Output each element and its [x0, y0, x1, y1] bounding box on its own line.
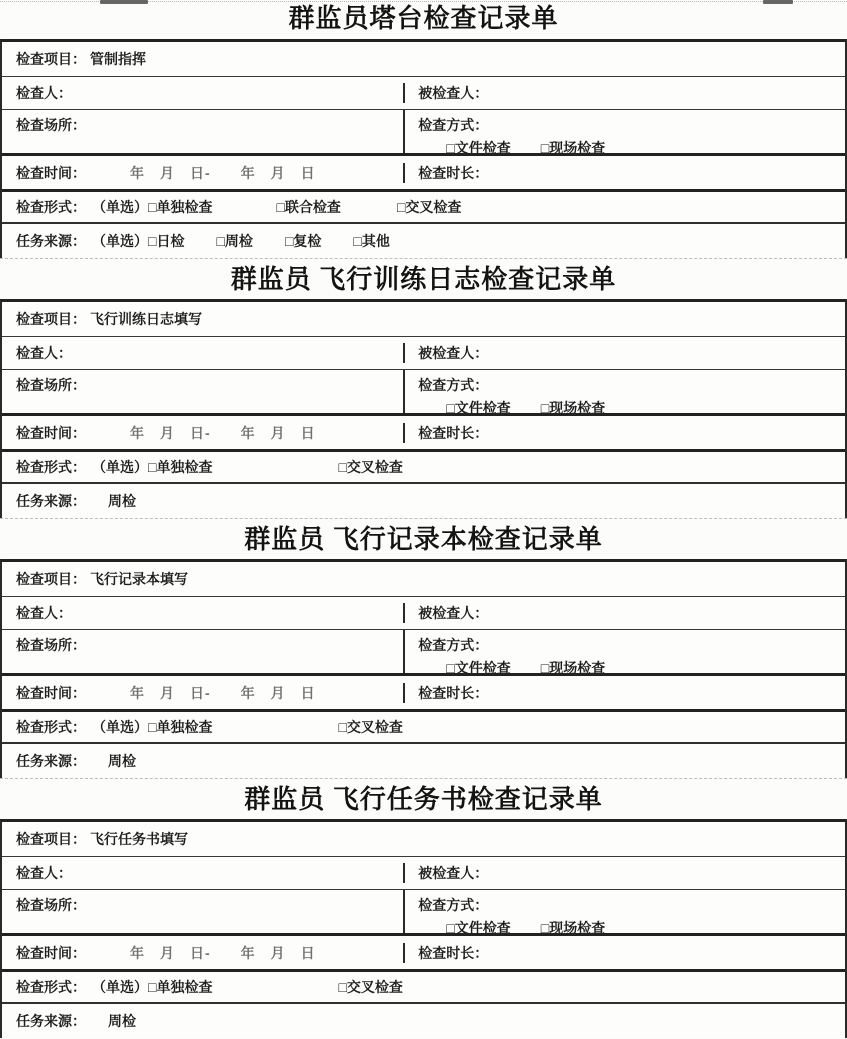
duration-label: 检查时长： [418, 683, 488, 703]
inspection-item-label: 检查项目： [16, 49, 86, 69]
method-label: 检查方式： [418, 635, 488, 655]
inspection-item-value: 飞行记录本填写 [90, 569, 188, 589]
row-time-duration: 检查时间：年 月 日- 年 月 日 检查时长： [2, 153, 845, 189]
form-title: 群监员 飞行训练日志检查记录单 [0, 259, 847, 299]
date-range-placeholder: 年 月 日- 年 月 日 [130, 163, 316, 183]
inspected-person-label: 被检查人： [418, 343, 488, 363]
inspection-item-value: 飞行训练日志填写 [90, 309, 202, 329]
task-source-value: 周检 [108, 491, 136, 511]
checkbox-cross-inspection[interactable]: □交叉检查 [338, 717, 402, 737]
row-inspection-item: 检查项目：飞行任务书填写 [2, 822, 845, 856]
time-label: 检查时间： [16, 943, 86, 963]
time-label: 检查时间： [16, 163, 86, 183]
form-table: 检查项目：飞行任务书填写 检查人： 被检查人： 检查场所： 检查方式： □文件检… [0, 819, 847, 1038]
form-section-training-log: 群监员 飞行训练日志检查记录单 检查项目：飞行训练日志填写 检查人： 被检查人：… [0, 258, 847, 518]
form-table: 检查项目：飞行训练日志填写 检查人： 被检查人： 检查场所： 检查方式： □文件… [0, 299, 847, 518]
checkbox-individual-inspection[interactable]: （单选）□单独检查 [92, 717, 212, 737]
row-place-method: 检查场所： 检查方式： □文件检查□现场检查 [2, 629, 845, 673]
place-label: 检查场所： [16, 895, 86, 915]
method-label: 检查方式： [418, 375, 488, 395]
inspector-label: 检查人： [16, 863, 72, 883]
inspection-item-label: 检查项目： [16, 569, 86, 589]
row-task-source: 任务来源： 周检 [2, 742, 845, 778]
row-inspection-form: 检查形式： （单选）□单独检查 □交叉检查 [2, 449, 845, 482]
row-time-duration: 检查时间：年 月 日- 年 月 日 检查时长： [2, 413, 845, 449]
form-title: 群监员 飞行记录本检查记录单 [0, 519, 847, 559]
row-time-duration: 检查时间：年 月 日- 年 月 日 检查时长： [2, 673, 845, 709]
place-label: 检查场所： [16, 115, 86, 135]
row-inspector: 检查人： 被检查人： [2, 76, 845, 109]
checkbox-cross-inspection[interactable]: □交叉检查 [397, 197, 461, 217]
row-place-method: 检查场所： 检查方式： □文件检查□现场检查 [2, 109, 845, 153]
place-label: 检查场所： [16, 635, 86, 655]
date-range-placeholder: 年 月 日- 年 月 日 [130, 683, 316, 703]
checkbox-individual-inspection[interactable]: （单选）□单独检查 [92, 977, 212, 997]
row-time-duration: 检查时间：年 月 日- 年 月 日 检查时长： [2, 933, 845, 969]
task-source-label: 任务来源： [16, 231, 86, 251]
task-source-value: 周检 [108, 1011, 136, 1031]
form-type-label: 检查形式： [16, 717, 86, 737]
inspection-item-label: 检查项目： [16, 309, 86, 329]
form-title: 群监员 飞行任务书检查记录单 [0, 779, 847, 819]
checkbox-daily-check[interactable]: （单选）□日检 [92, 231, 184, 251]
method-label: 检查方式： [418, 115, 488, 135]
date-range-placeholder: 年 月 日- 年 月 日 [130, 423, 316, 443]
time-label: 检查时间： [16, 423, 86, 443]
form-section-record-book: 群监员 飞行记录本检查记录单 检查项目：飞行记录本填写 检查人： 被检查人： 检… [0, 518, 847, 778]
form-type-label: 检查形式： [16, 457, 86, 477]
method-label: 检查方式： [418, 895, 488, 915]
row-inspection-item: 检查项目：飞行记录本填写 [2, 562, 845, 596]
row-task-source: 任务来源： 周检 [2, 1002, 845, 1038]
row-task-source: 任务来源： （单选）□日检 □周检 □复检 □其他 [2, 222, 845, 258]
task-source-label: 任务来源： [16, 491, 86, 511]
inspector-label: 检查人： [16, 603, 72, 623]
row-inspection-form: 检查形式： （单选）□单独检查 □交叉检查 [2, 969, 845, 1002]
checkbox-joint-inspection[interactable]: □联合检查 [276, 197, 340, 217]
row-inspection-form: 检查形式： （单选）□单独检查 □联合检查 □交叉检查 [2, 189, 845, 222]
task-source-label: 任务来源： [16, 751, 86, 771]
checkbox-weekly-check[interactable]: □周检 [216, 231, 252, 251]
inspector-label: 检查人： [16, 343, 72, 363]
checkbox-cross-inspection[interactable]: □交叉检查 [338, 457, 402, 477]
time-label: 检查时间： [16, 683, 86, 703]
row-inspection-form: 检查形式： （单选）□单独检查 □交叉检查 [2, 709, 845, 742]
inspection-item-value: 飞行任务书填写 [90, 829, 188, 849]
form-table: 检查项目：飞行记录本填写 检查人： 被检查人： 检查场所： 检查方式： □文件检… [0, 559, 847, 778]
scanned-document-page: 群监员塔台检查记录单 检查项目：管制指挥 检查人： 被检查人： 检查场所： 检查… [0, 0, 847, 1039]
task-source-label: 任务来源： [16, 1011, 86, 1031]
place-label: 检查场所： [16, 375, 86, 395]
inspection-item-label: 检查项目： [16, 829, 86, 849]
scan-artifact-mark [100, 0, 148, 4]
row-place-method: 检查场所： 检查方式： □文件检查□现场检查 [2, 369, 845, 413]
inspected-person-label: 被检查人： [418, 603, 488, 623]
checkbox-cross-inspection[interactable]: □交叉检查 [338, 977, 402, 997]
row-task-source: 任务来源： 周检 [2, 482, 845, 518]
inspector-label: 检查人： [16, 83, 72, 103]
date-range-placeholder: 年 月 日- 年 月 日 [130, 943, 316, 963]
row-inspector: 检查人： 被检查人： [2, 336, 845, 369]
checkbox-other-check[interactable]: □其他 [353, 231, 389, 251]
duration-label: 检查时长： [418, 943, 488, 963]
inspected-person-label: 被检查人： [418, 863, 488, 883]
row-place-method: 检查场所： 检查方式： □文件检查□现场检查 [2, 889, 845, 933]
row-inspection-item: 检查项目：管制指挥 [2, 42, 845, 76]
row-inspector: 检查人： 被检查人： [2, 856, 845, 889]
inspection-item-value: 管制指挥 [90, 49, 146, 69]
checkbox-recheck[interactable]: □复检 [285, 231, 321, 251]
checkbox-individual-inspection[interactable]: （单选）□单独检查 [92, 457, 212, 477]
row-inspection-item: 检查项目：飞行训练日志填写 [2, 302, 845, 336]
form-table: 检查项目：管制指挥 检查人： 被检查人： 检查场所： 检查方式： □文件检查□现… [0, 39, 847, 258]
form-type-label: 检查形式： [16, 977, 86, 997]
duration-label: 检查时长： [418, 163, 488, 183]
checkbox-individual-inspection[interactable]: （单选）□单独检查 [92, 197, 212, 217]
duration-label: 检查时长： [418, 423, 488, 443]
inspected-person-label: 被检查人： [418, 83, 488, 103]
form-section-task-sheet: 群监员 飞行任务书检查记录单 检查项目：飞行任务书填写 检查人： 被检查人： 检… [0, 778, 847, 1038]
scan-artifact-mark [763, 0, 793, 4]
row-inspector: 检查人： 被检查人： [2, 596, 845, 629]
form-type-label: 检查形式： [16, 197, 86, 217]
form-section-tower: 群监员塔台检查记录单 检查项目：管制指挥 检查人： 被检查人： 检查场所： 检查… [0, 0, 847, 258]
task-source-value: 周检 [108, 751, 136, 771]
form-title: 群监员塔台检查记录单 [0, 0, 847, 39]
